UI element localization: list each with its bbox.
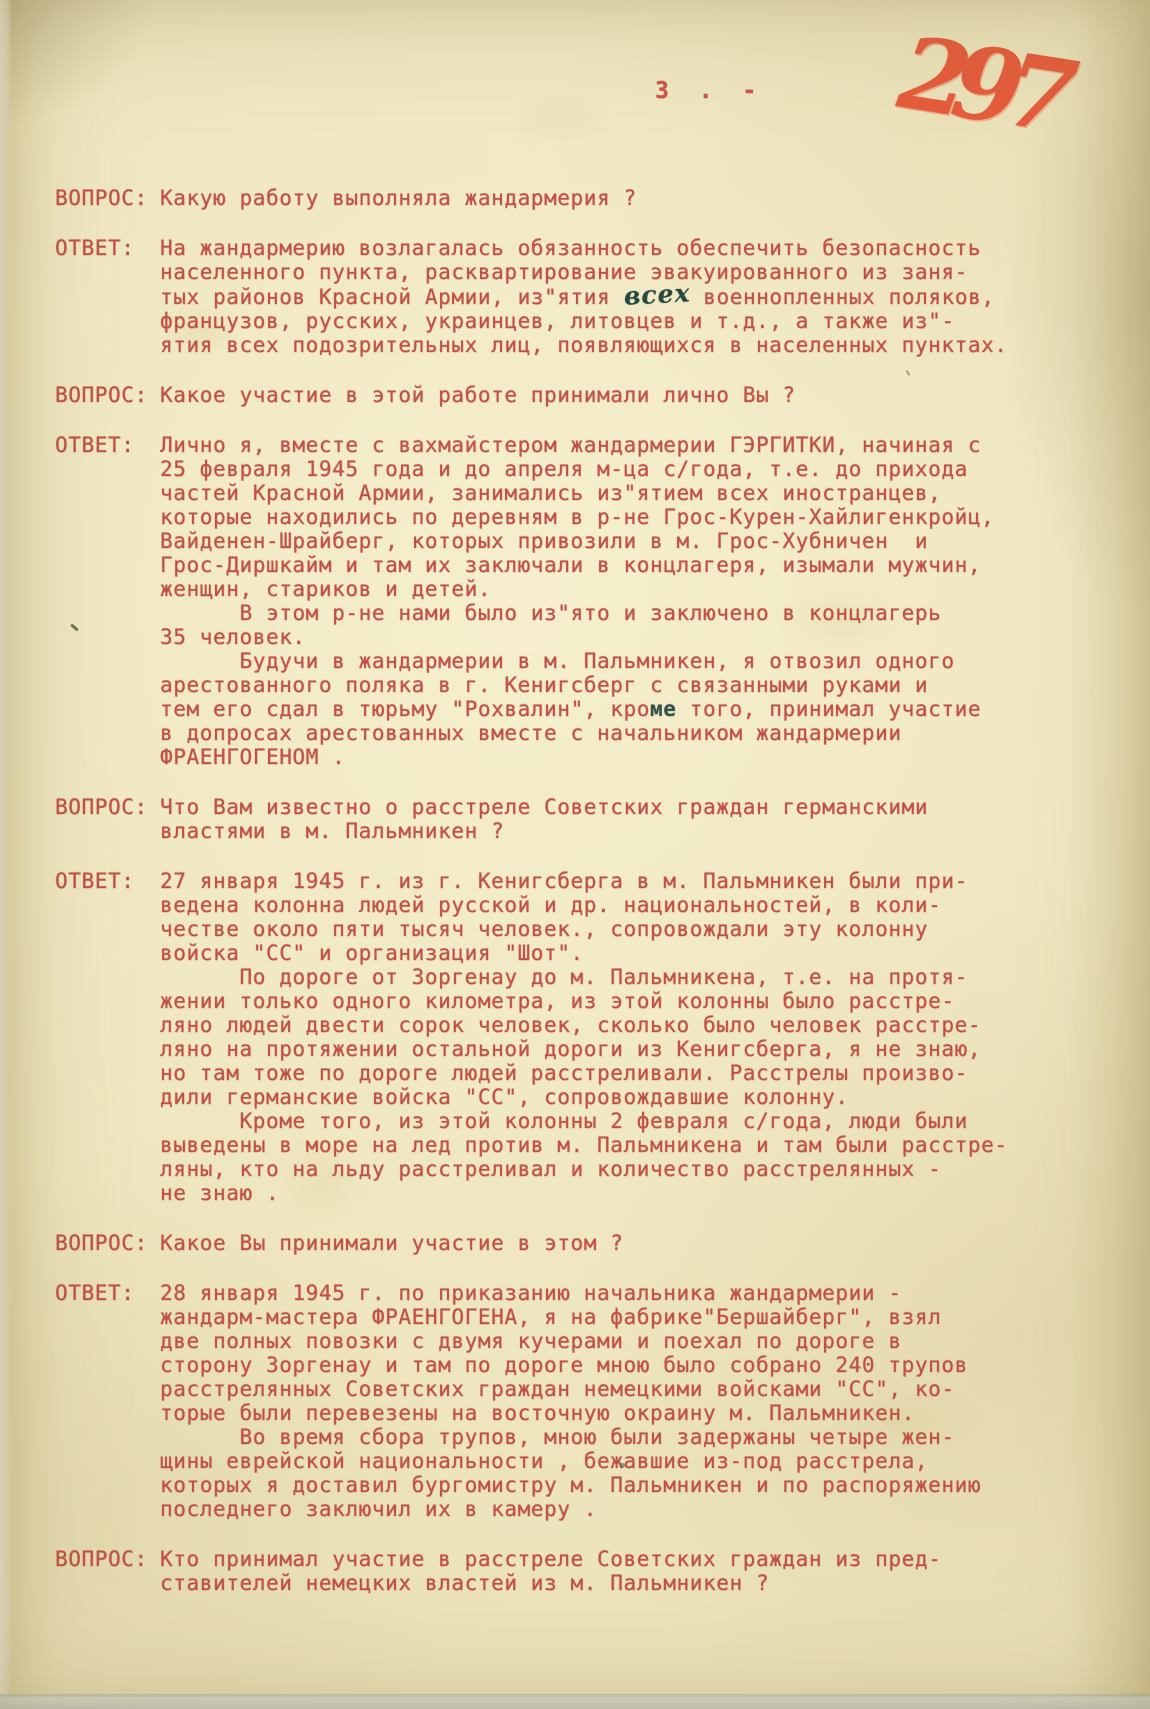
page-number: 3 . - <box>655 78 764 104</box>
answer-block: ОТВЕТ: 28 января 1945 г. по приказанию н… <box>55 1281 1075 1521</box>
handwritten-insert: всех <box>623 281 691 308</box>
scan-edge-bottom <box>0 1694 1150 1709</box>
question-block: ВОПРОС: Что Вам известно о расстреле Сов… <box>55 795 1075 843</box>
answer-label: ОТВЕТ: <box>55 1281 160 1305</box>
question-label: ВОПРОС: <box>55 1231 160 1255</box>
answer-text-segment: Лично я, вместе с вахмайстером жандармер… <box>160 433 994 721</box>
answer-label: ОТВЕТ: <box>55 433 160 457</box>
question-text: Кто принимал участие в расстреле Советск… <box>160 1547 1065 1595</box>
scan-edge-left <box>0 0 12 1709</box>
answer-block: ОТВЕТ: Лично я, вместе с вахмайстером жа… <box>55 433 1075 769</box>
answer-block: ОТВЕТ: На жандармерию возлагалась обязан… <box>55 236 1075 357</box>
question-block: ВОПРОС: Кто принимал участие в расстреле… <box>55 1547 1075 1595</box>
interrogation-transcript: ВОПРОС: Какую работу выполняла жандармер… <box>55 186 1075 1595</box>
question-block: ВОПРОС: Какое Вы принимали участие в это… <box>55 1231 1075 1255</box>
question-label: ВОПРОС: <box>55 186 160 210</box>
question-text: Какое Вы принимали участие в этом ? <box>160 1231 1065 1255</box>
answer-block: ОТВЕТ: 27 января 1945 г. из г. Кенигсбер… <box>55 869 1075 1205</box>
answer-text: Лично я, вместе с вахмайстером жандармер… <box>160 433 1065 769</box>
answer-text: 27 января 1945 г. из г. Кенигсберга в м.… <box>160 869 1065 1205</box>
answer-label: ОТВЕТ: <box>55 236 160 260</box>
question-text: Какое участие в этой работе принимали ли… <box>160 383 1065 407</box>
question-text: Какую работу выполняла жандармерия ? <box>160 186 1065 210</box>
question-text: Что Вам известно о расстреле Советских г… <box>160 795 1065 843</box>
question-block: ВОПРОС: Какую работу выполняла жандармер… <box>55 186 1075 210</box>
scanned-document-page: { "page": { "number_typed": "3 . -", "st… <box>0 0 1150 1709</box>
answer-text: На жандармерию возлагалась обязанность о… <box>160 236 1065 357</box>
archival-page-stamp-handwritten: 297 <box>893 22 1067 146</box>
question-label: ВОПРОС: <box>55 1547 160 1571</box>
question-label: ВОПРОС: <box>55 795 160 819</box>
question-block: ВОПРОС: Какое участие в этой работе прин… <box>55 383 1075 407</box>
overstruck-correction: ме <box>650 697 677 721</box>
answer-label: ОТВЕТ: <box>55 869 160 893</box>
answer-text: 28 января 1945 г. по приказанию начальни… <box>160 1281 1065 1521</box>
question-label: ВОПРОС: <box>55 383 160 407</box>
